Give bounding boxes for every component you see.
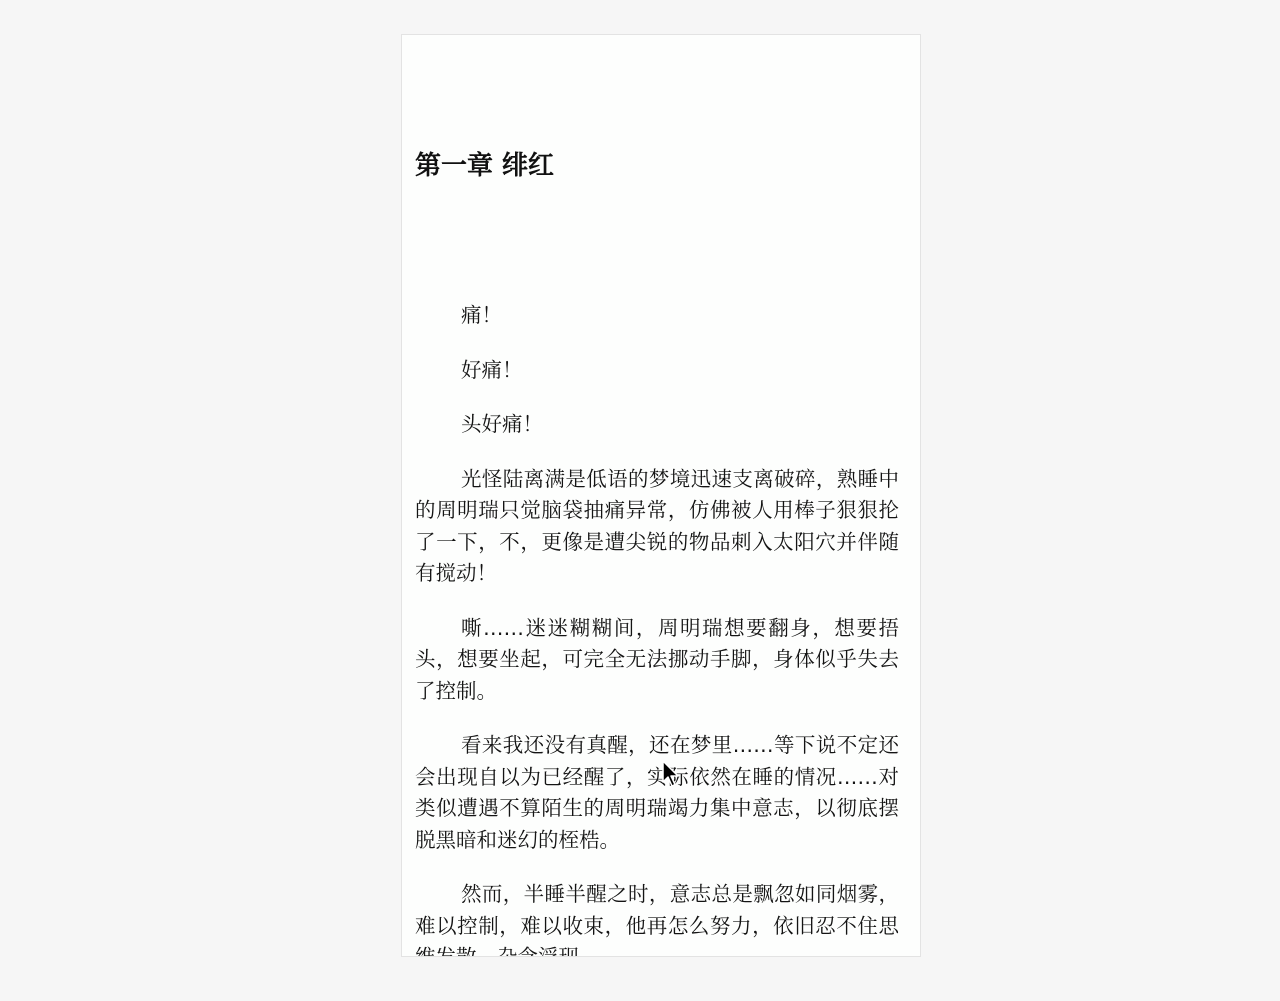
chapter-title: 第一章 绯红 <box>415 148 554 184</box>
paragraph: 看来我还没有真醒，还在梦里……等下说不定还会出现自以为已经醒了，实际依然在睡的情… <box>415 730 899 856</box>
paragraph: 然而，半睡半醒之时，意志总是飘忽如同烟雾，难以控制，难以收束，他再怎么努力，依旧… <box>415 879 899 957</box>
paragraph: 痛！ <box>415 300 899 332</box>
paragraph: 光怪陆离满是低语的梦境迅速支离破碎，熟睡中的周明瑞只觉脑袋抽痛异常，仿佛被人用棒… <box>415 464 899 590</box>
chapter-content: 痛！ 好痛！ 头好痛！ 光怪陆离满是低语的梦境迅速支离破碎，熟睡中的周明瑞只觉脑… <box>415 300 899 957</box>
paragraph: 好痛！ <box>415 355 899 387</box>
paragraph: 嘶……迷迷糊糊间，周明瑞想要翻身，想要捂头，想要坐起，可完全无法挪动手脚，身体似… <box>415 613 899 708</box>
reader-page[interactable]: 第一章 绯红 痛！ 好痛！ 头好痛！ 光怪陆离满是低语的梦境迅速支离破碎，熟睡中… <box>401 34 921 957</box>
paragraph: 头好痛！ <box>415 409 899 441</box>
